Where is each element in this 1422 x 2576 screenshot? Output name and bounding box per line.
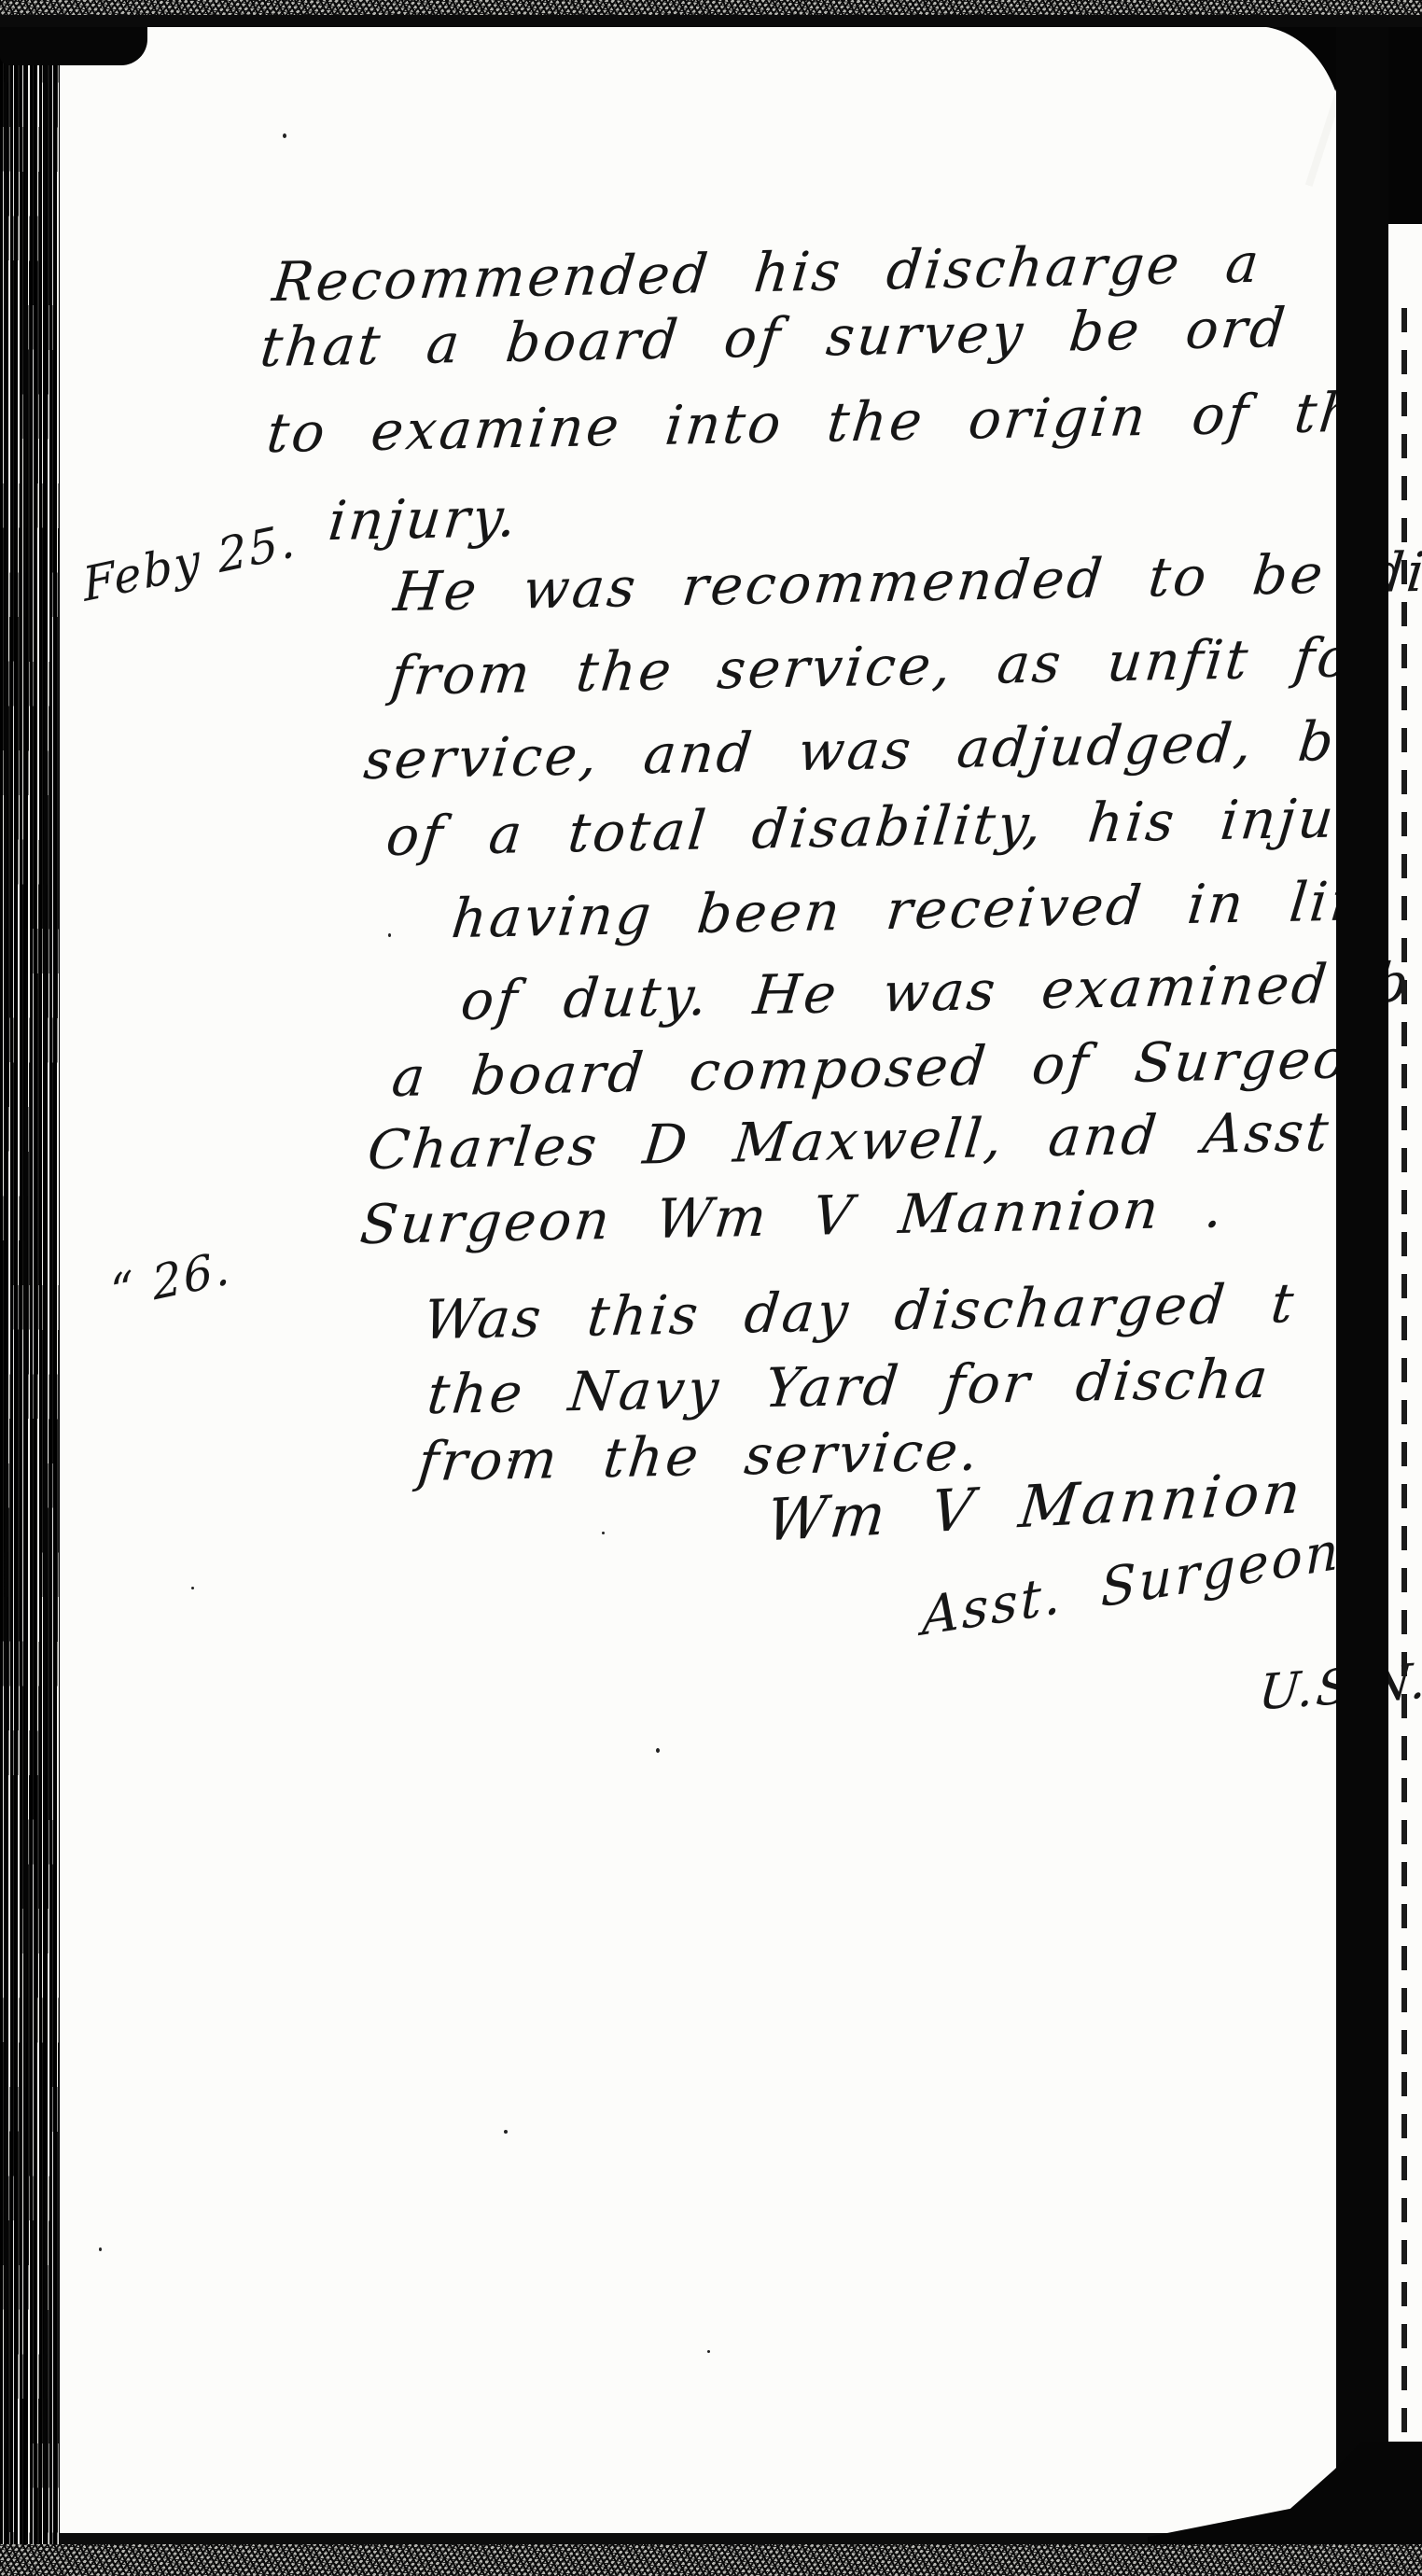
margin-date-feb25: Feby 25.: [80, 513, 299, 612]
dust-speck: [504, 2130, 508, 2134]
scan-top-rule: [0, 15, 1422, 27]
dust-speck: [509, 1458, 512, 1462]
scan-noise-band-top: [0, 0, 1422, 15]
handwritten-line-11: a board composed of Surgeon: [389, 1027, 1389, 1110]
scan-noise-band-bottom: [0, 2544, 1422, 2576]
dust-speck: [191, 1587, 194, 1589]
handwritten-line-15: the Navy Yard for discha: [425, 1347, 1274, 1426]
handwritten-line-10: of duty. He was examined b: [458, 950, 1415, 1032]
page-rounded-corner: [1053, 26, 1344, 224]
handwritten-line-9: having been received in lin: [449, 869, 1371, 950]
handwritten-line-6: from the service, as unfit for: [388, 625, 1385, 708]
handwritten-line-8: of a total disability, his inju: [383, 786, 1339, 868]
book-binding-texture: [0, 15, 60, 2576]
handwritten-line-12: Charles D Maxwell, and Asst: [365, 1099, 1334, 1182]
handwritten-line-5: He was recommended to be disch: [391, 539, 1422, 623]
margin-date-ditto26: “ 26.: [108, 1240, 233, 1320]
handwritten-line-3: to examine into the origin of th: [264, 381, 1360, 466]
dust-speck: [99, 2247, 102, 2251]
handwritten-line-4: injury.: [326, 485, 522, 553]
bottom-right-shadow-wedge: [1148, 2442, 1422, 2550]
dust-speck: [602, 1532, 605, 1534]
book-edge-black-band: [1336, 0, 1388, 2576]
dust-speck: [707, 2350, 710, 2353]
dust-speck: [283, 133, 286, 138]
page-edge-dashed-line: [1401, 308, 1407, 2520]
handwritten-line-13: Surgeon Wm V Mannion .: [357, 1176, 1229, 1256]
handwritten-line-7: service, and was adjudged, b: [361, 709, 1339, 791]
handwritten-line-14: Was this day discharged t: [421, 1271, 1299, 1351]
scanned-document-page: Feby 25. “ 26. Recommended his discharge…: [0, 0, 1422, 2576]
dust-speck: [388, 933, 391, 937]
dust-speck: [656, 1748, 660, 1753]
